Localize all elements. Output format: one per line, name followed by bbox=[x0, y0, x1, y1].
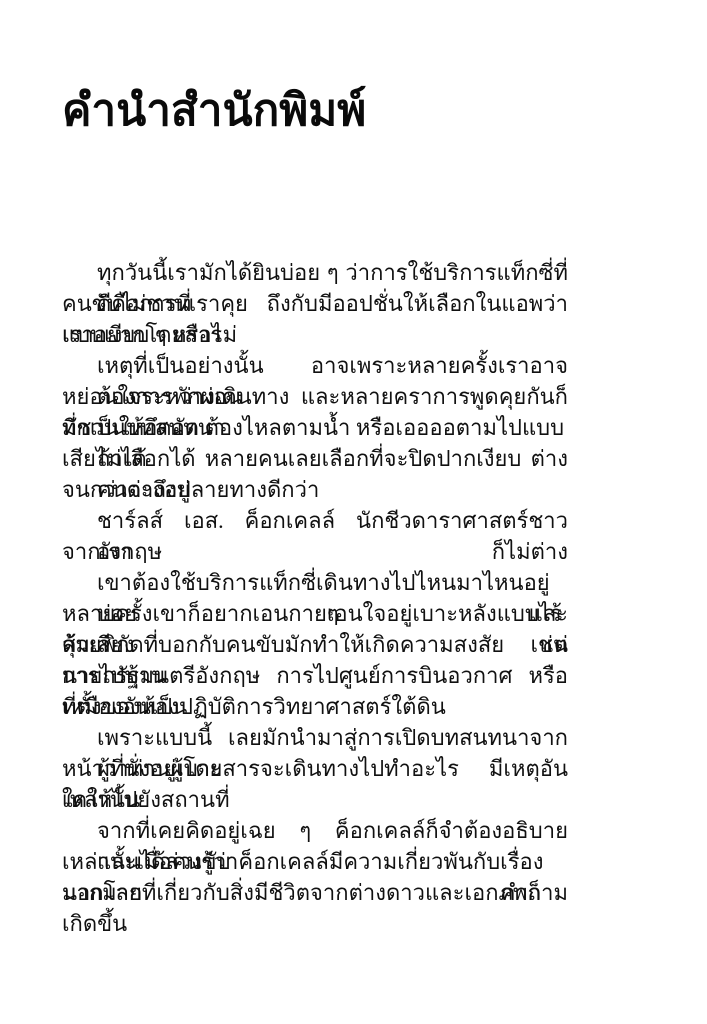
text-line: ชาร์ลส์ เอส. ค็อกเคลล์ นักชีวดาราศาสตร์ช… bbox=[62, 505, 568, 536]
text-line: มากมายที่เกี่ยวกับสิ่งมีชีวิตจากต่างดาวแ… bbox=[62, 877, 568, 908]
text-line: ด้วยพิกัดที่บอกกับคนขับมักทำให้เกิดความส… bbox=[62, 629, 568, 660]
text-line: จากที่เคยคิดอยู่เฉย ๆ ค็อกเคลล์ก็จำต้องอ… bbox=[62, 815, 568, 846]
book-page: คำนำสำนักพิมพ์ ทุกวันนี้เรามักได้ยินบ่อย… bbox=[0, 0, 707, 1024]
text-line: เพราะแบบนี้ เลยมักนำมาสู่การเปิดบทสนทนาจ… bbox=[62, 722, 568, 753]
text-line: ที่ตั้งของห้องปฏิบัติการวิทยาศาสตร์ใต้ดิ… bbox=[62, 691, 568, 722]
text-line: นายกรัฐมนตรีอังกฤษ การไปศูนย์การบินอวกาศ… bbox=[62, 660, 568, 691]
text-line: ที่ชวนให้อึดอัด ต้องไหลตามน้ำ หรือเออออต… bbox=[62, 412, 568, 443]
text-line: หย่อนใจระหว่างเดินทาง และหลายคราการพูดคุ… bbox=[62, 381, 568, 412]
text-line: เขาต้องใช้บริการแท็กซี่เดินทางไปไหนมาไหน… bbox=[62, 567, 568, 598]
text-line: หน้าว่าท่านผู้โดยสารจะเดินทางไปทำอะไร มี… bbox=[62, 753, 568, 784]
text-line: จนกว่าจะถึงปลายทางดีกว่า bbox=[62, 474, 568, 505]
paragraph: ทุกวันนี้เรามักได้ยินบ่อย ๆ ว่าการใช้บริ… bbox=[62, 257, 568, 350]
paragraph: จากที่เคยคิดอยู่เฉย ๆ ค็อกเคลล์ก็จำต้องอ… bbox=[62, 815, 568, 908]
paragraph: ถ้าเลือกได้ หลายคนเลยเลือกที่จะปิดปากเงี… bbox=[62, 443, 568, 505]
text-line: แบบเงียบ ๆ หรือไม่ bbox=[62, 319, 568, 350]
paragraph: เขาต้องใช้บริการแท็กซี่เดินทางไปไหนมาไหน… bbox=[62, 567, 568, 722]
body-paragraphs: ทุกวันนี้เรามักได้ยินบ่อย ๆ ว่าการใช้บริ… bbox=[62, 257, 568, 908]
text-line: คนขับไม่ชวนเราคุย ถึงกับมีออปชั่นให้เลือ… bbox=[62, 288, 568, 319]
text-line: หลายครั้งเขาก็อยากเอนกายเอนใจอยู่เบาะหลั… bbox=[62, 598, 568, 629]
text-line: ถ้าเลือกได้ หลายคนเลยเลือกที่จะปิดปากเงี… bbox=[62, 443, 568, 474]
text-line: ทุกวันนี้เรามักได้ยินบ่อย ๆ ว่าการใช้บริ… bbox=[62, 257, 568, 288]
paragraph: ชาร์ลส์ เอส. ค็อกเคลล์ นักชีวดาราศาสตร์ช… bbox=[62, 505, 568, 567]
text-line: เหตุที่เป็นอย่างนั้น อาจเพราะหลายครั้งเร… bbox=[62, 350, 568, 381]
page-title: คำนำสำนักพิมพ์ bbox=[62, 82, 366, 140]
text-line: เหล่านั้น bbox=[62, 784, 568, 815]
paragraph: เหตุที่เป็นอย่างนั้น อาจเพราะหลายครั้งเร… bbox=[62, 350, 568, 443]
text-line: เหล่านั้นได้ล่วงรู้ว่าค็อกเคลล์มีความเกี… bbox=[62, 846, 568, 877]
paragraph: เพราะแบบนี้ เลยมักนำมาสู่การเปิดบทสนทนาจ… bbox=[62, 722, 568, 815]
